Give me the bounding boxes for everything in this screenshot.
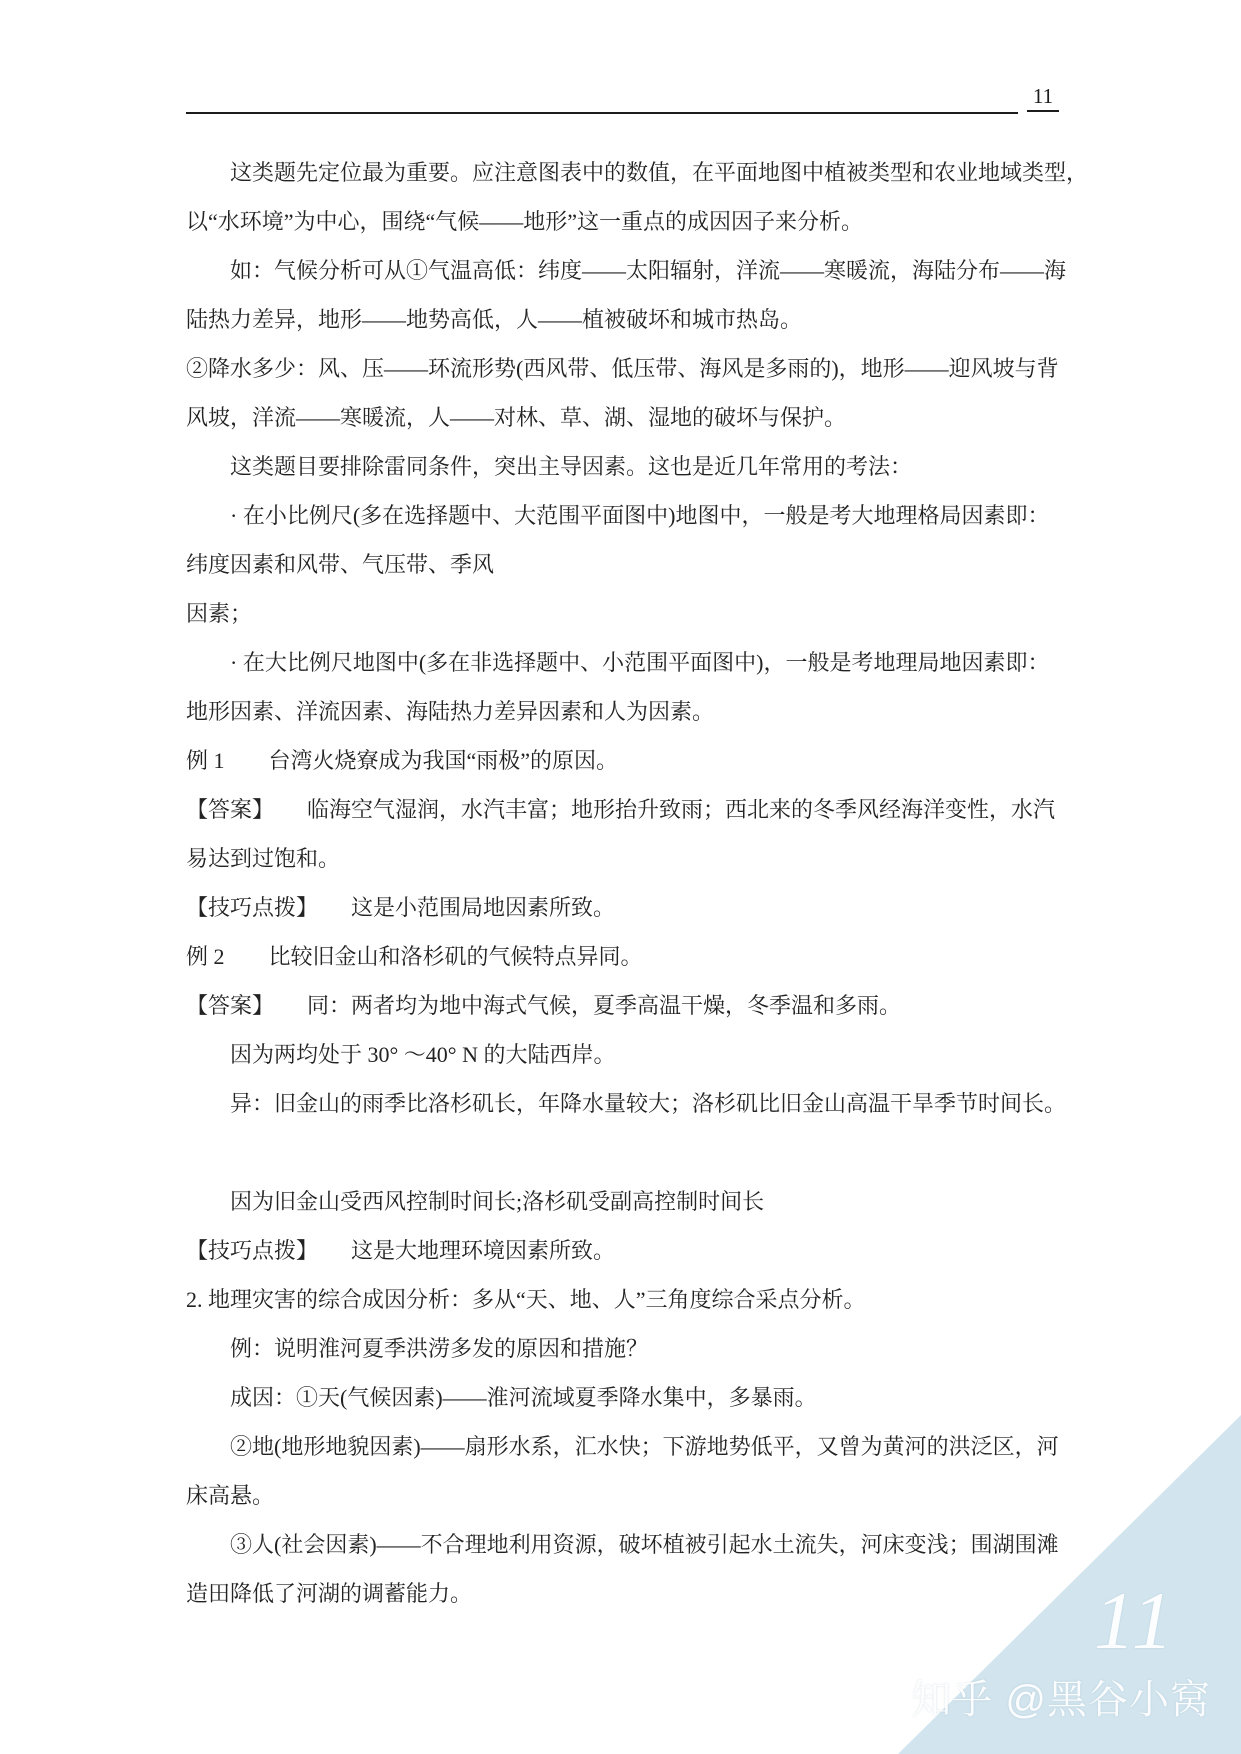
text-line: 因素；	[186, 589, 1086, 638]
page-number: 11	[1027, 82, 1059, 112]
text-line: 这类题先定位最为重要。应注意图表中的数值，在平面地图中植被类型和农业地域类型，	[186, 148, 1086, 197]
text-line: 如：气候分析可从①气温高低：纬度——太阳辐射，洋流——寒暖流，海陆分布——海	[186, 246, 1086, 295]
text-line: 因为旧金山受西风控制时间长;洛杉矶受副高控制时间长	[186, 1177, 1086, 1226]
text-line: 【技巧点拨】 这是小范围局地因素所致。	[186, 883, 1086, 932]
page-number-text: 11	[1033, 84, 1053, 108]
watermark-page-number: 11	[1094, 1580, 1194, 1662]
text-line: 【答案】 临海空气湿润，水汽丰富；地形抬升致雨；西北来的冬季风经海洋变性，水汽	[186, 785, 1086, 834]
text-line: · 在小比例尺(多在选择题中、大范围平面图中)地图中，一般是考大地理格局因素即：	[186, 491, 1086, 540]
document-page: 11 这类题先定位最为重要。应注意图表中的数值，在平面地图中植被类型和农业地域类…	[0, 0, 1241, 1754]
text-line: 例：说明淮河夏季洪涝多发的原因和措施？	[186, 1324, 1086, 1373]
text-line: 这类题目要排除雷同条件，突出主导因素。这也是近几年常用的考法：	[186, 442, 1086, 491]
text-line: 因为两均处于 30° ～40° N 的大陆西岸。	[186, 1030, 1086, 1079]
watermark-credit: 知乎 @黑谷小窝	[911, 1676, 1211, 1724]
text-line: 纬度因素和风带、气压带、季风	[186, 540, 1086, 589]
text-line: 2. 地理灾害的综合成因分析：多从“天、地、人”三角度综合采点分析。	[186, 1275, 1086, 1324]
text-line: 易达到过饱和。	[186, 834, 1086, 883]
text-line: ③人(社会因素)——不合理地利用资源，破坏植被引起水土流失，河床变浅；围湖围滩	[186, 1520, 1086, 1569]
text-line	[186, 1128, 1086, 1177]
text-line: 陆热力差异，地形——地势高低，人——植被破坏和城市热岛。	[186, 295, 1086, 344]
text-line: 【答案】 同：两者均为地中海式气候，夏季高温干燥，冬季温和多雨。	[186, 981, 1086, 1030]
text-line: ②降水多少：风、压——环流形势(西风带、低压带、海风是多雨的)，地形——迎风坡与…	[186, 344, 1086, 393]
text-line: 【技巧点拨】 这是大地理环境因素所致。	[186, 1226, 1086, 1275]
text-line: 异：旧金山的雨季比洛杉矶长，年降水量较大；洛杉矶比旧金山高温干旱季节时间长。	[186, 1079, 1086, 1128]
body-text: 这类题先定位最为重要。应注意图表中的数值，在平面地图中植被类型和农业地域类型，以…	[186, 148, 1086, 1618]
text-line: ②地(地形地貌因素)——扇形水系，汇水快；下游地势低平，又曾为黄河的洪泛区，河	[186, 1422, 1086, 1471]
text-line: 以“水环境”为中心，围绕“气候——地形”这一重点的成因因子来分析。	[186, 197, 1086, 246]
text-line: 床高悬。	[186, 1471, 1086, 1520]
text-line: 成因：①天(气候因素)——淮河流域夏季降水集中，多暴雨。	[186, 1373, 1086, 1422]
text-line: 造田降低了河湖的调蓄能力。	[186, 1569, 1086, 1618]
text-line: · 在大比例尺地图中(多在非选择题中、小范围平面图中)，一般是考地理局地因素即：	[186, 638, 1086, 687]
text-line: 地形因素、洋流因素、海陆热力差异因素和人为因素。	[186, 687, 1086, 736]
text-line: 例 2 比较旧金山和洛杉矶的气候特点异同。	[186, 932, 1086, 981]
text-line: 风坡，洋流——寒暖流，人——对林、草、湖、湿地的破坏与保护。	[186, 393, 1086, 442]
text-line: 例 1 台湾火烧寮成为我国“雨极”的原因。	[186, 736, 1086, 785]
header-rule	[186, 112, 1018, 114]
